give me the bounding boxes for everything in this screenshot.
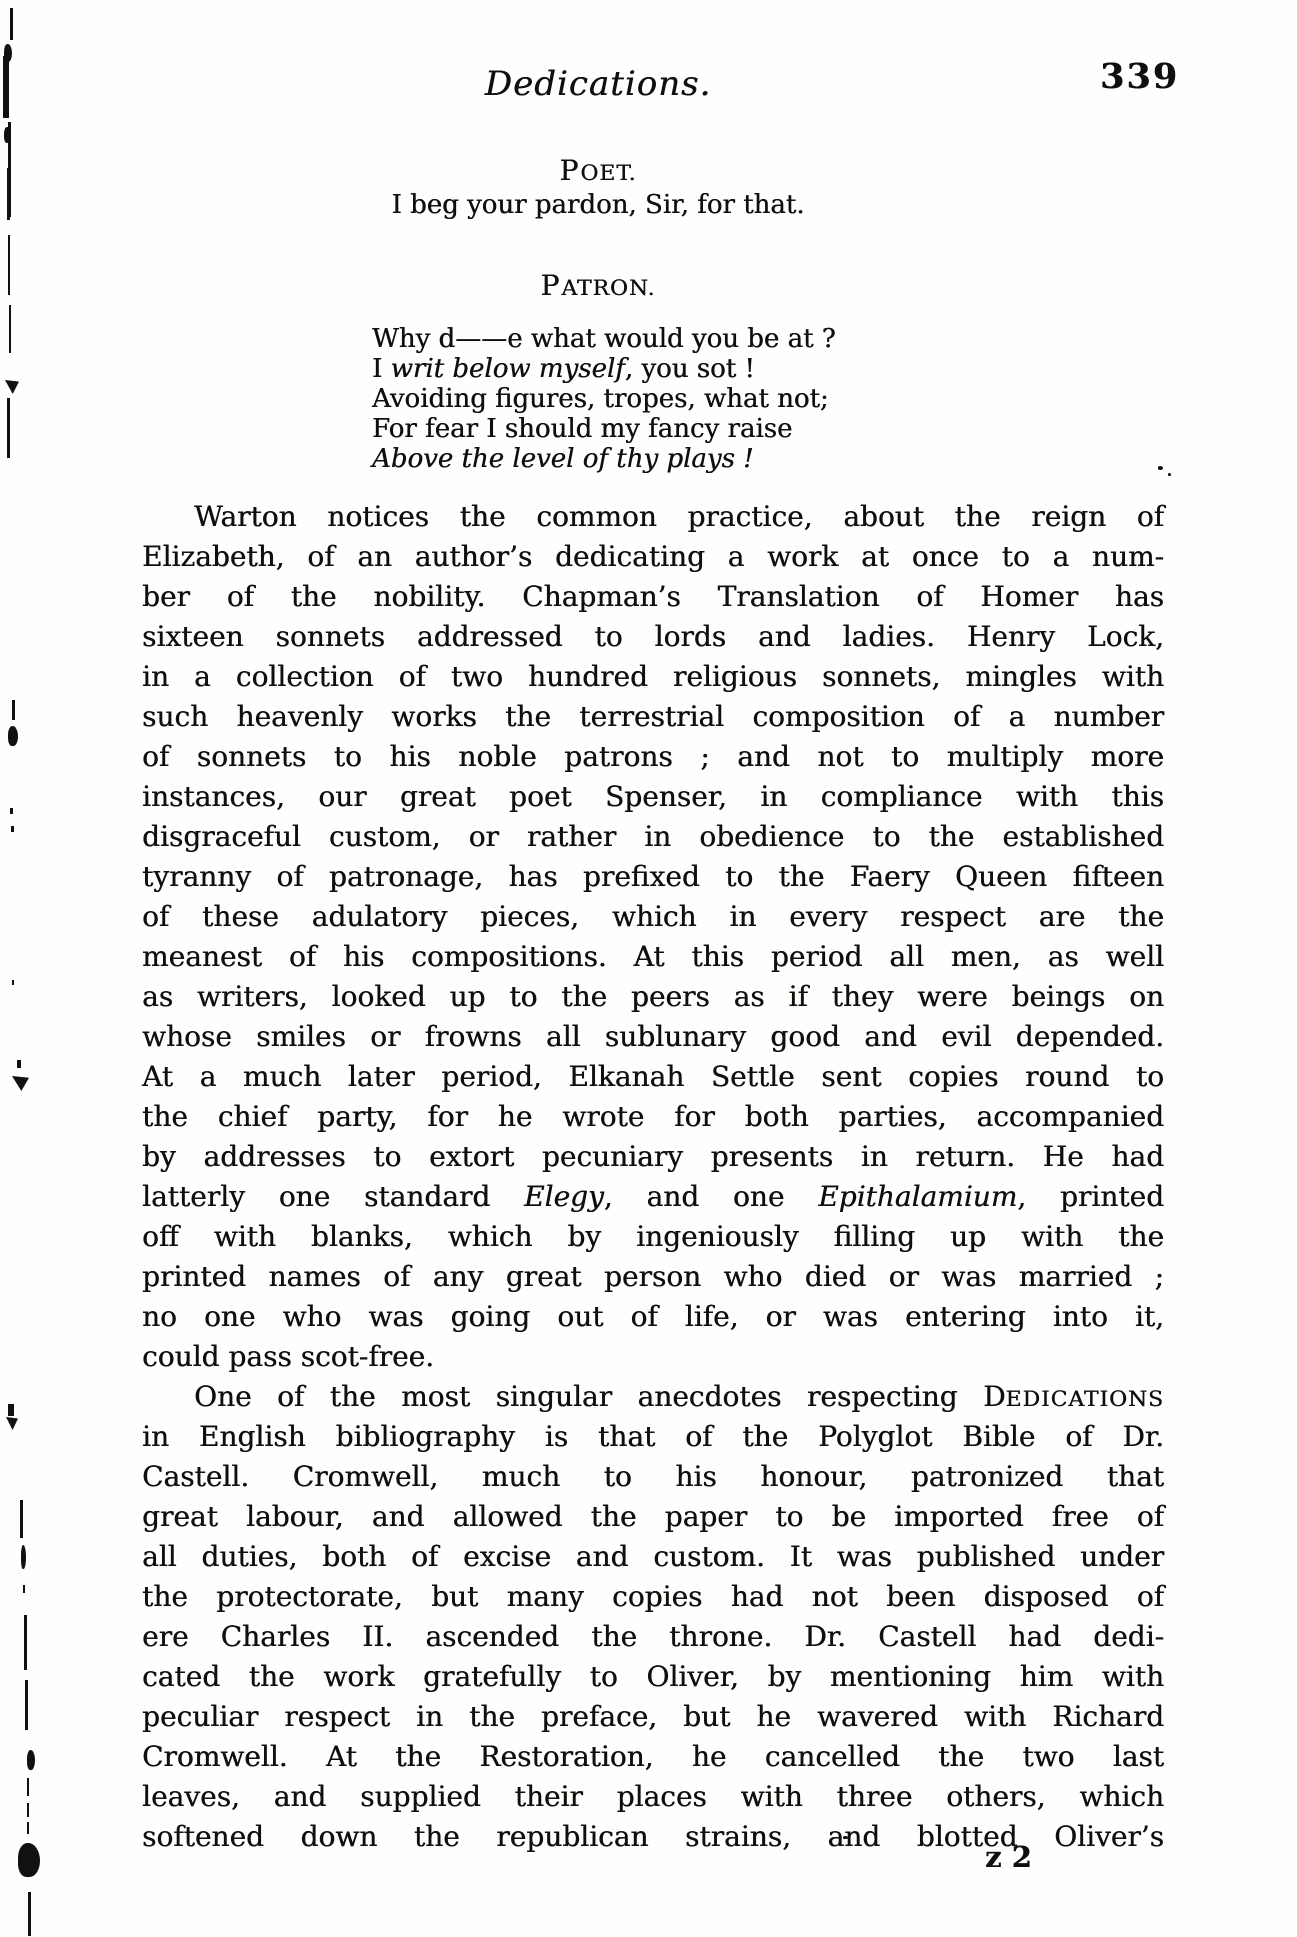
text-line: cated the work gratefully to Oliver, by … bbox=[142, 1657, 1164, 1697]
text-line: whose smiles or frowns all sublunary goo… bbox=[142, 1017, 1164, 1057]
text-line: no one who was going out of life, or was… bbox=[142, 1297, 1164, 1337]
italic-text: Elegy bbox=[524, 1180, 604, 1213]
text-line: off with blanks, which by ingeniously fi… bbox=[142, 1217, 1164, 1257]
text-line: At a much later period, Elkanah Settle s… bbox=[142, 1057, 1164, 1097]
scan-artifact bbox=[20, 1500, 23, 1538]
text-line: Warton notices the common practice, abou… bbox=[142, 497, 1164, 537]
text-line: Avoiding figures, tropes, what not; bbox=[372, 384, 836, 414]
scan-artifact bbox=[10, 808, 13, 814]
text-line: One of the most singular anecdotes respe… bbox=[142, 1377, 1164, 1417]
text-line: sixteen sonnets addressed to lords and l… bbox=[142, 617, 1164, 657]
scan-artifact bbox=[11, 826, 14, 832]
scan-artifact bbox=[8, 726, 18, 746]
text-line: of these adulatory pieces, which in ever… bbox=[142, 897, 1164, 937]
text-line: as writers, looked up to the peers as if… bbox=[142, 977, 1164, 1017]
text-line: printed names of any great person who di… bbox=[142, 1257, 1164, 1297]
text-line: Cromwell. At the Restoration, he cancell… bbox=[142, 1737, 1164, 1777]
running-head: Dedications. bbox=[0, 64, 1196, 104]
text-segment: P bbox=[541, 269, 562, 302]
text-line: could pass scot-free. bbox=[142, 1337, 1164, 1377]
text-line: meanest of his compositions. At this per… bbox=[142, 937, 1164, 977]
text-line: by addresses to extort pecuniary present… bbox=[142, 1137, 1164, 1177]
text-line: all duties, both of excise and custom. I… bbox=[142, 1537, 1164, 1577]
scan-artifact bbox=[21, 1545, 26, 1569]
scan-artifact bbox=[4, 127, 11, 143]
text-line: Above the level of thy plays ! bbox=[372, 444, 836, 474]
text-line: of sonnets to his noble patrons ; and no… bbox=[142, 737, 1164, 777]
text-line: For fear I should my fancy raise bbox=[372, 414, 836, 444]
text-line: peculiar respect in the preface, but he … bbox=[142, 1697, 1164, 1737]
page-number: 339 bbox=[1100, 56, 1179, 97]
scan-artifact bbox=[8, 235, 10, 295]
scan-artifact bbox=[27, 1803, 29, 1817]
book-page: Dedications. 339 POET. I beg your pardon… bbox=[0, 0, 1297, 1937]
scan-artifact bbox=[7, 398, 10, 458]
text-line: in a collection of two hundred religious… bbox=[142, 657, 1164, 697]
text-line: I writ below myself, you sot ! bbox=[372, 354, 836, 384]
text-line: tyranny of patronage, has prefixed to th… bbox=[142, 857, 1164, 897]
scan-artifact bbox=[843, 1836, 848, 1839]
scan-artifact bbox=[12, 1076, 29, 1091]
patron-heading: PATRON. bbox=[0, 269, 1196, 302]
text-line: in English bibliography is that of the P… bbox=[142, 1417, 1164, 1457]
scan-artifact bbox=[28, 1892, 31, 1936]
scan-artifact bbox=[9, 305, 11, 353]
scan-artifact bbox=[18, 1843, 40, 1877]
text-line: latterly one standard Elegy, and one Epi… bbox=[142, 1177, 1164, 1217]
scan-artifact bbox=[27, 1778, 29, 1796]
text-line: Why d——e what would you be at ? bbox=[372, 324, 836, 354]
text-line: the chief party, for he wrote for both p… bbox=[142, 1097, 1164, 1137]
text-line: great labour, and allowed the paper to b… bbox=[142, 1497, 1164, 1537]
poet-quote-line: I beg your pardon, Sir, for that. bbox=[0, 190, 1196, 220]
scan-artifact bbox=[27, 1822, 29, 1834]
text-segment: D bbox=[983, 1380, 1005, 1413]
text-segment: P bbox=[560, 154, 581, 187]
italic-text: Above the level of thy plays ! bbox=[372, 444, 754, 474]
scan-artifact bbox=[25, 1680, 28, 1730]
scan-artifact bbox=[6, 1417, 18, 1430]
text-line: Castell. Cromwell, much to his honour, p… bbox=[142, 1457, 1164, 1497]
text-segment: ATRON. bbox=[561, 276, 655, 301]
scan-artifact bbox=[1158, 466, 1163, 470]
scan-artifact bbox=[23, 1585, 25, 1593]
scan-artifact bbox=[5, 380, 19, 394]
scan-artifact bbox=[1168, 473, 1171, 476]
scan-artifact bbox=[3, 56, 9, 118]
text-line: instances, our great poet Spenser, in co… bbox=[142, 777, 1164, 817]
scan-artifact bbox=[12, 700, 15, 720]
italic-text: Epithalamium bbox=[818, 1180, 1017, 1213]
scan-artifact bbox=[27, 1750, 35, 1770]
verse-block: Why d——e what would you be at ?I writ be… bbox=[372, 324, 836, 474]
italic-text: writ below myself bbox=[391, 354, 625, 384]
text-line: leaves, and supplied their places with t… bbox=[142, 1777, 1164, 1817]
text-line: Elizabeth, of an author’s dedicating a w… bbox=[142, 537, 1164, 577]
text-line: ere Charles II. ascended the throne. Dr.… bbox=[142, 1617, 1164, 1657]
text-line: such heavenly works the terrestrial comp… bbox=[142, 697, 1164, 737]
poet-heading: POET. bbox=[0, 154, 1196, 187]
text-segment: EDICATIONS bbox=[1006, 1387, 1164, 1412]
scan-artifact bbox=[12, 980, 14, 985]
scan-artifact bbox=[7, 168, 10, 220]
text-segment: OET. bbox=[580, 161, 636, 186]
scan-artifact bbox=[17, 1060, 21, 1068]
signature-mark: z 2 bbox=[985, 1837, 1032, 1877]
paragraph-1: Warton notices the common practice, abou… bbox=[142, 497, 1164, 1377]
paragraph-2: One of the most singular anecdotes respe… bbox=[142, 1377, 1164, 1857]
text-line: ber of the nobility. Chapman’s Translati… bbox=[142, 577, 1164, 617]
text-line: the protectorate, but many copies had no… bbox=[142, 1577, 1164, 1617]
text-line: disgraceful custom, or rather in obedien… bbox=[142, 817, 1164, 857]
scan-artifact bbox=[8, 1404, 14, 1416]
scan-artifact bbox=[10, 8, 13, 40]
scan-artifact bbox=[24, 1615, 27, 1670]
